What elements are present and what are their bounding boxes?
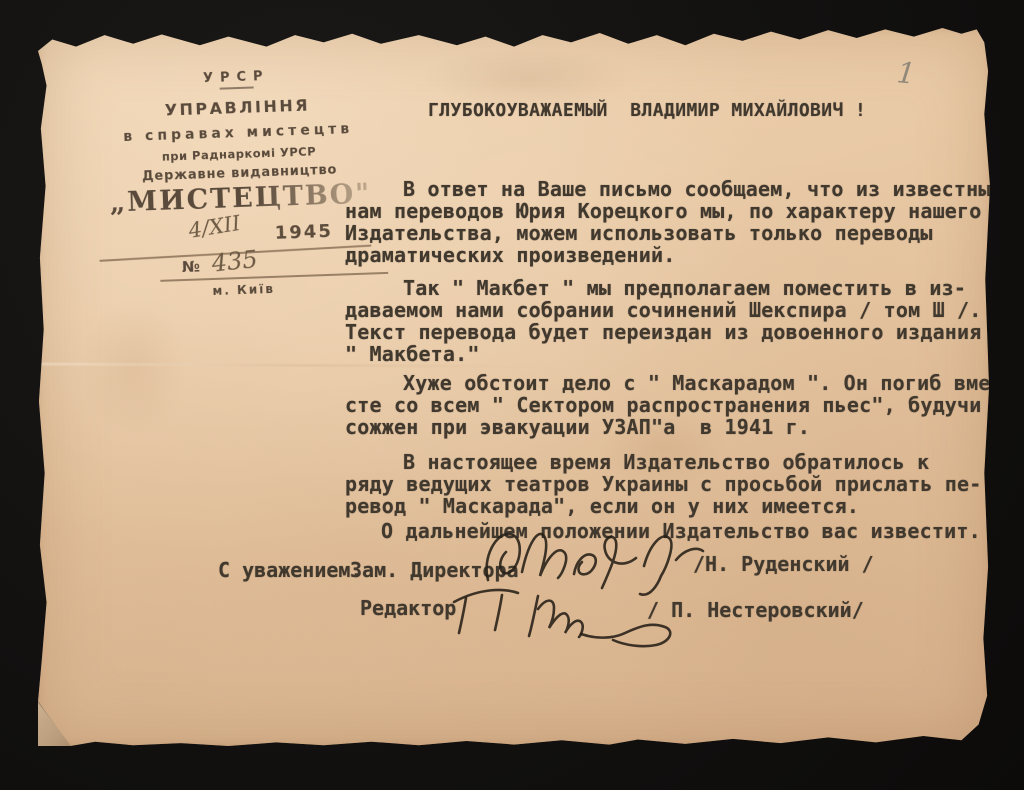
paragraph-2: Так " Макбет " мы предполагаем поместить… xyxy=(345,277,997,365)
letter-line: сожжен при эвакуации УЗАП"а в 1941 г. xyxy=(345,416,997,438)
letter-line: Так " Макбет " мы предполагаем поместить… xyxy=(345,277,997,299)
letter-line: драматических произведений. xyxy=(345,244,997,266)
paragraph-1: В ответ на Ваше письмо сообщаем, что из … xyxy=(345,178,997,266)
editor-title: Редактор xyxy=(360,596,456,620)
letter-line: сте со всем " Сектором распространения п… xyxy=(345,394,997,416)
salutation: ГЛУБОКОУВАЖАЕМЫЙ ВЛАДИМИР МИХАЙЛОВИЧ ! xyxy=(428,100,866,121)
letter-line: Текст перевода будет переиздан из довоен… xyxy=(345,321,997,343)
stamp-number-handwritten: 435 xyxy=(210,245,258,278)
letter-line: " Макбета." xyxy=(345,343,997,365)
page-number-pencil: 1 xyxy=(895,55,917,91)
respect-label: С уважением. xyxy=(218,558,363,582)
letter-line: Издательства, можем использовать только … xyxy=(345,222,997,244)
paragraph-3: Хуже обстоит дело с " Маскарадом ". Он п… xyxy=(345,372,997,438)
letter-line: В ответ на Ваше письмо сообщаем, что из … xyxy=(345,178,997,200)
stamp-date-handwritten: 4/ХІІ xyxy=(187,211,242,243)
letter-body: В ответ на Ваше письмо сообщаем, что из … xyxy=(345,178,997,542)
letter-line: нам переводов Юрия Корецкого мы, по хара… xyxy=(345,200,997,222)
letter-line: даваемом нами собрании сочинений Шекспир… xyxy=(345,299,997,321)
paragraph-4: В настоящее время Издательство обратилос… xyxy=(345,451,997,517)
letter-line: ревод " Маскарада", если он у них имеетс… xyxy=(345,495,997,517)
stamp-year: 1945 xyxy=(274,221,333,244)
paper-stain xyxy=(78,298,188,438)
paper-stain xyxy=(418,48,638,108)
deputy-director-name: /Н. Руденский / xyxy=(693,552,874,576)
letter-paper: УРСР УПРАВЛІННЯ в справах мистецтв при Р… xyxy=(38,28,990,746)
letterhead-org: УПРАВЛІННЯ xyxy=(92,93,382,122)
letter-line: В настоящее время Издательство обратилос… xyxy=(345,451,997,473)
letter-line: ряду ведущих театров Украины с просьбой … xyxy=(345,473,997,495)
letter-line: Хуже обстоит дело с " Маскарадом ". Он п… xyxy=(345,372,997,394)
letterhead-org-line2: в справах мистецтв xyxy=(93,120,383,146)
number-sign: № xyxy=(182,257,201,276)
editor-signature-ink xyxy=(446,576,681,666)
scan-background: УРСР УПРАВЛІННЯ в справах мистецтв при Р… xyxy=(0,0,1024,790)
letterhead-underline xyxy=(220,86,254,89)
